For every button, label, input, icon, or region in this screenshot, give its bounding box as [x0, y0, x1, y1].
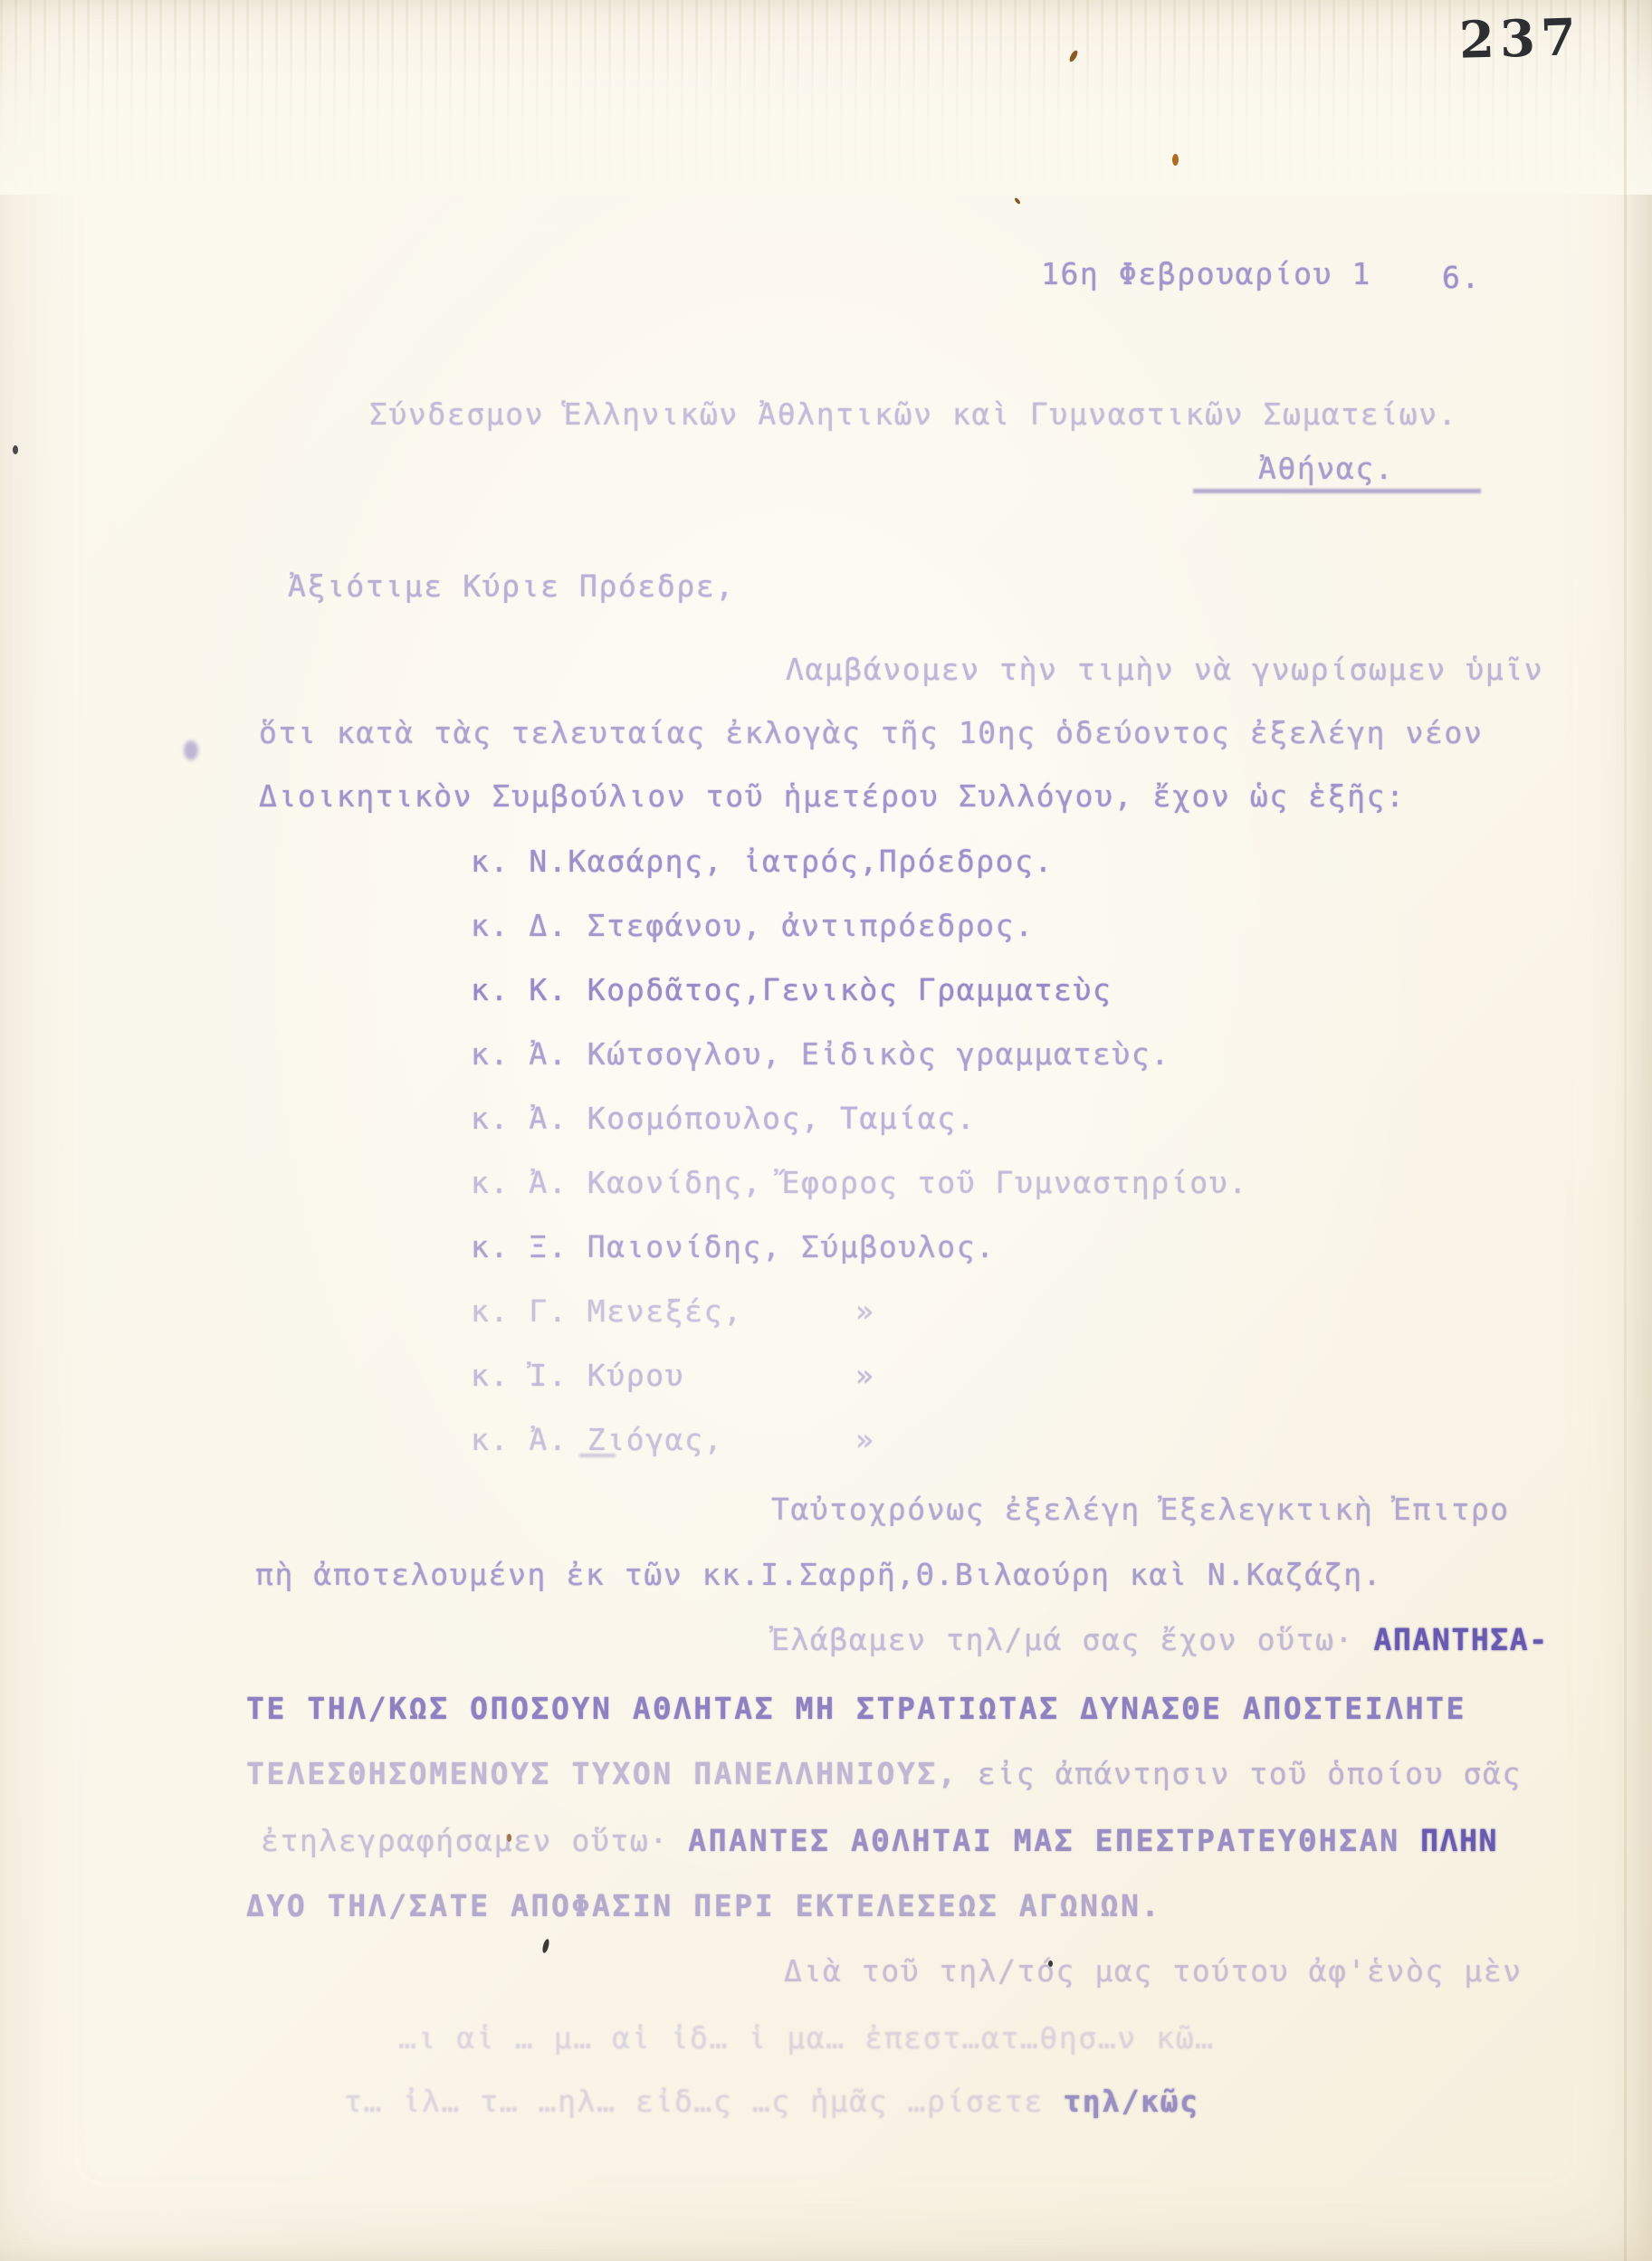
member-row: κ. Ἀ. Κώτσογλου, Εἰδικὸς γραμματεὺς. — [471, 1036, 1170, 1072]
member-name: κ. Ἀ. Ζιόγας, — [471, 1422, 723, 1457]
closing-line3: τ… ἰλ… τ… …ηλ… εἰδ…ς …ς ἡμᾶς …ρίσετε τηλ… — [344, 2084, 1199, 2119]
telegram-line3-bold: ΠΛΗΝ — [1420, 1823, 1498, 1858]
document-page: 237 16η Φεβρουαρίου 1 6. Σύνδεσμον Ἑλλην… — [0, 0, 1652, 2261]
member-name: κ. Ἀ. Καονίδης, Ἔφορος τοῦ Γυμναστηρίου. — [471, 1165, 1248, 1200]
ditto-mark: » — [855, 1422, 874, 1457]
paragraph2-line1: Ταὐτοχρόνως ἐξελέγη Ἐξελεγκτικὴ Ἐπιτρο — [771, 1492, 1510, 1527]
addressee-city: Ἀθήνας. — [1258, 451, 1394, 486]
telegram-line4: ΔΥΟ ΤΗΛ/ΣΑΤΕ ΑΠΟΦΑΣΙΝ ΠΕΡΙ ΕΚΤΕΛΕΣΕΩΣ ΑΓ… — [246, 1888, 1161, 1923]
paragraph3-line1: Ἐλάβαμεν τηλ/μά σας ἔχον οὕτω· ΑΠΑΝΤΗΣΑ- — [771, 1622, 1549, 1657]
ditto-mark: » — [855, 1358, 874, 1393]
salutation: Ἀξιότιμε Κύριε Πρόεδρε, — [288, 568, 735, 604]
paragraph2-line2: πὴ ἀποτελουμένη ἐκ τῶν κκ.Ι.Σαρρῆ,Θ.Βιλα… — [255, 1557, 1382, 1592]
telegram-line2: ΤΕΛΕΣΘΗΣΟΜΕΝΟΥΣ ΤΥΧΟΝ ΠΑΝΕΛΛΗΝΙΟΥΣ, εἰς … — [246, 1756, 1522, 1791]
member-row: κ. Γ. Μενεξές,» — [471, 1293, 743, 1329]
date-tail: 6. — [1442, 260, 1481, 295]
paper-speck — [13, 445, 18, 454]
telegram-start-bold: ΑΠΑΝΤΗΣΑ- — [1374, 1622, 1549, 1657]
name-underline-mark — [579, 1454, 616, 1457]
date-line: 16η Φεβρουαρίου 1 — [1041, 256, 1371, 291]
member-row: κ. Ἰ. Κύρου» — [471, 1358, 684, 1393]
member-name: κ. Κ. Κορδᾶτος,Γενικὸς Γραμματεὺς — [471, 972, 1112, 1007]
member-name: κ. Ἰ. Κύρου — [471, 1358, 684, 1393]
paragraph3-prefix: Ἐλάβαμεν τηλ/μά σας ἔχον οὕτω· — [771, 1622, 1374, 1657]
member-row: κ. Ἀ. Κοσμόπουλος, Ταμίας. — [471, 1101, 976, 1136]
telegram-line3: ἐτηλεγραφήσαμεν οὕτω· ΑΠΑΝΤΕΣ ΑΘΛΗΤΑΙ ΜΑ… — [261, 1823, 1498, 1858]
telegram-line3-caps: ΑΠΑΝΤΕΣ ΑΘΛΗΤΑΙ ΜΑΣ ΕΠΕΣΤΡΑΤΕΥΘΗΣΑΝ — [688, 1823, 1420, 1858]
member-name: κ. Ἀ. Κοσμόπουλος, Ταμίας. — [471, 1101, 976, 1136]
member-name: κ. Ξ. Παιονίδης, Σύμβουλος. — [471, 1229, 996, 1264]
closing-line2: …ι αἱ … μ… αἱ ἰδ… ἱ μα… ἐπεστ…ατ…θησ…ν κ… — [398, 2020, 1215, 2056]
paper-speck — [541, 1938, 550, 1953]
paper-speck — [1172, 154, 1179, 166]
date-main: 16η Φεβρουαρίου 1 — [1041, 256, 1371, 291]
paragraph1-line2: ὅτι κατὰ τὰς τελευταίας ἐκλογὰς τῆς 10ης… — [259, 715, 1483, 750]
paper-fiber-fade — [0, 0, 1652, 195]
member-row: κ. Ἀ. Καονίδης, Ἔφορος τοῦ Γυμναστηρίου. — [471, 1165, 1248, 1200]
member-name: κ. Δ. Στεφάνου, ἀντιπρόεδρος. — [471, 908, 1035, 943]
paragraph1-line1: Λαμβάνομεν τὴν τιμὴν νὰ γνωρίσωμεν ὑμῖν — [786, 652, 1543, 687]
member-name: κ. Ν.Κασάρης, ἰατρός,Πρόεδρος. — [471, 844, 1054, 879]
telegram-line3-prefix: ἐτηλεγραφήσαμεν οὕτω· — [261, 1823, 688, 1858]
closing-line3-faded: τ… ἰλ… τ… …ηλ… εἰδ…ς …ς ἡμᾶς …ρίσετε — [344, 2084, 1063, 2119]
closing-line3-tail: τηλ/κῶς — [1063, 2084, 1198, 2119]
ditto-mark: » — [855, 1293, 874, 1329]
folio-number: 237 — [1458, 7, 1582, 71]
member-row: κ. Ξ. Παιονίδης, Σύμβουλος. — [471, 1229, 996, 1264]
city-underline — [1193, 489, 1481, 493]
telegram-line2-lower: εἰς ἀπάντησιν τοῦ ὁποίου σᾶς — [958, 1756, 1522, 1791]
paper-crease — [1624, 0, 1627, 2261]
member-name: κ. Ἀ. Κώτσογλου, Εἰδικὸς γραμματεὺς. — [471, 1036, 1170, 1072]
member-row: κ. Ἀ. Ζιόγας,» — [471, 1422, 723, 1457]
paragraph1-line3: Διοικητικὸν Συμβούλιον τοῦ ἡμετέρου Συλλ… — [259, 778, 1406, 814]
paper-speck — [1014, 197, 1021, 205]
telegram-line1: ΤΕ ΤΗΛ/ΚΩΣ ΟΠΟΣΟΥΝ ΑΘΛΗΤΑΣ ΜΗ ΣΤΡΑΤΙΩΤΑΣ… — [246, 1691, 1466, 1726]
ink-smudge — [184, 740, 198, 760]
telegram-line2-caps: ΤΕΛΕΣΘΗΣΟΜΕΝΟΥΣ ΤΥΧΟΝ ΠΑΝΕΛΛΗΝΙΟΥΣ, — [246, 1756, 958, 1791]
member-row: κ. Δ. Στεφάνου, ἀντιπρόεδρος. — [471, 908, 1035, 943]
member-name: κ. Γ. Μενεξές, — [471, 1293, 743, 1329]
member-row: κ. Ν.Κασάρης, ἰατρός,Πρόεδρος. — [471, 844, 1054, 879]
member-row: κ. Κ. Κορδᾶτος,Γενικὸς Γραμματεὺς — [471, 972, 1112, 1007]
closing-line1: Διὰ τοῦ τηλ/τός μας τούτου ἀφ'ἑνὸς μὲν — [784, 1953, 1523, 1989]
addressee-line: Σύνδεσμον Ἑλληνικῶν Ἀθλητικῶν καὶ Γυμνασ… — [369, 396, 1457, 432]
